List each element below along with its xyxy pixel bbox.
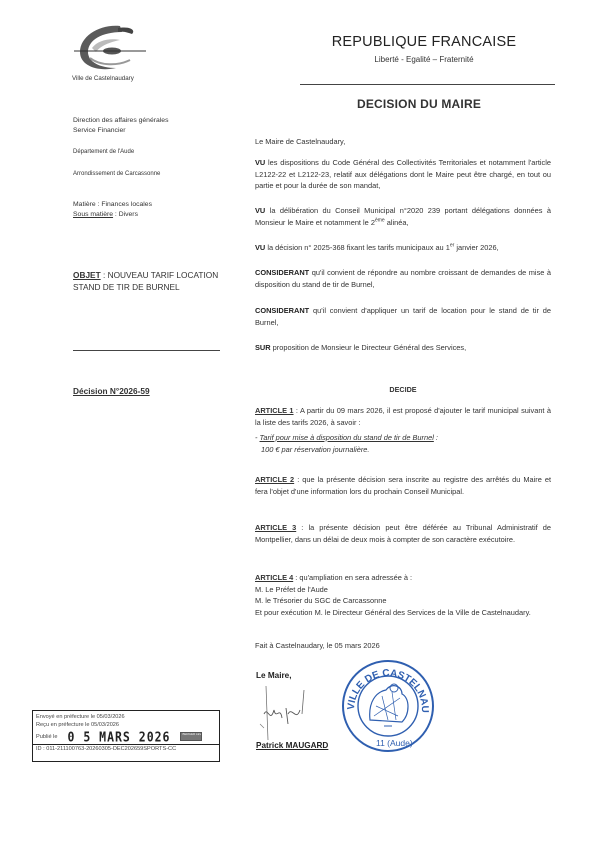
sous-matiere-line: Sous matière : Divers — [73, 210, 243, 220]
article-2-text: : que la présente décision sera inscrite… — [255, 475, 551, 496]
arrondissement-label: Arrondissement de Carcassonne — [73, 170, 160, 180]
vu3-label: VU — [255, 243, 265, 252]
considerant-paragraph-2: CONSIDERANT qu'il convient d'appliquer u… — [255, 305, 551, 328]
stamp-received-line: Reçu en préfecture le 05/03/2026 — [36, 721, 216, 729]
stamp-published-line: Publié le 0 5 MARS 2026 BERGER LEVRAULT — [36, 729, 216, 744]
sous-matiere-label: Sous matière — [73, 211, 113, 218]
tarif-title: Tarif pour mise à disposition du stand d… — [260, 433, 434, 442]
document-title: DECISION DU MAIRE — [314, 97, 524, 111]
official-seal-icon: VILLE DE CASTELNAUDARY 11 (Aude) — [340, 658, 436, 754]
vu-paragraph-3: VU la décision n° 2025-368 fixant les ta… — [255, 242, 551, 254]
recipient-item: M. Le Préfet de l'Aude — [255, 584, 551, 596]
direction-label: Direction des affaires générales — [73, 116, 243, 126]
signatory-name: Patrick MAUGARD — [256, 741, 328, 750]
article-3-label: ARTICLE 3 — [255, 523, 296, 532]
seal-bottom-text: 11 (Aude) — [376, 738, 413, 748]
cons1-label: CONSIDERANT — [255, 268, 309, 277]
recipient-item: Et pour exécution M. le Directeur Généra… — [255, 607, 551, 619]
article-1: ARTICLE 1 : A partir du 09 mars 2026, il… — [255, 405, 551, 428]
handwritten-signature — [258, 684, 318, 742]
signatory-title: Le Maire, — [256, 671, 292, 680]
svg-text:VILLE DE CASTELNAUDARY: VILLE DE CASTELNAUDARY — [340, 658, 430, 713]
castelnaudary-logo-icon — [70, 22, 150, 74]
matiere-line: Matière : Finances locales — [73, 200, 243, 210]
seal-top-text: VILLE DE CASTELNAUDARY — [340, 658, 430, 713]
subject-classification: Matière : Finances locales Sous matière … — [73, 200, 243, 219]
prefecture-stamp: Envoyé en préfecture le 05/03/2026 Reçu … — [32, 710, 220, 762]
sur-text: proposition de Monsieur le Directeur Gén… — [271, 343, 467, 352]
header-divider — [300, 84, 555, 85]
article-4: ARTICLE 4 : qu'ampliation en sera adress… — [255, 572, 551, 618]
objet-label: OBJET — [73, 270, 101, 280]
logo-caption: Ville de Castelnaudary — [72, 75, 134, 82]
service-label: Service Financier — [73, 126, 243, 136]
article-3-text: : la présente décision peut être déférée… — [255, 523, 551, 544]
vu1-text: les dispositions du Code Général des Col… — [255, 158, 551, 190]
stamp-published-label: Publié le — [36, 733, 57, 741]
vu-paragraph-1: VU les dispositions du Code Général des … — [255, 157, 551, 192]
left-divider — [73, 350, 220, 351]
matiere-label: Matière — [73, 201, 96, 208]
vu3-text-b: janvier 2026, — [454, 243, 498, 252]
article-1-text: : A partir du 09 mars 2026, il est propo… — [255, 406, 551, 427]
city-seal: VILLE DE CASTELNAUDARY 11 (Aude) — [340, 658, 436, 754]
article-4-label: ARTICLE 4 — [255, 573, 293, 582]
vu2-sup: ème — [375, 217, 385, 223]
departement-label: Département de l'Aude — [73, 148, 134, 158]
intro-line: Le Maire de Castelnaudary, — [255, 136, 551, 148]
stamp-badge: BERGER LEVRAULT — [180, 732, 202, 741]
vu2-text-b: alinéa, — [385, 218, 409, 227]
sur-proposition-paragraph: SUR proposition de Monsieur le Directeur… — [255, 342, 551, 354]
place-and-date: Fait à Castelnaudary, le 05 mars 2026 — [255, 640, 551, 652]
sous-matiere-value: : Divers — [113, 211, 138, 218]
sur-label: SUR — [255, 343, 271, 352]
article-4-text: : qu'ampliation en sera adressée à : — [293, 573, 412, 582]
stamp-published-date: 0 5 MARS 2026 — [67, 732, 170, 741]
signature-icon — [258, 684, 318, 742]
stamp-sent-line: Envoyé en préfecture le 05/03/2026 — [36, 713, 216, 721]
tarif-item: - Tarif pour mise à disposition du stand… — [255, 432, 551, 444]
republic-title: REPUBLIQUE FRANCAISE — [314, 34, 534, 50]
vu3-text-a: la décision n° 2025-368 fixant les tarif… — [265, 243, 450, 252]
decision-object: OBJET : NOUVEAU TARIF LOCATION STAND DE … — [73, 269, 223, 293]
vu-paragraph-2: VU la délibération du Conseil Municipal … — [255, 205, 551, 228]
tarif-colon: : — [434, 433, 438, 442]
article-2: ARTICLE 2 : que la présente décision ser… — [255, 474, 551, 497]
considerant-paragraph-1: CONSIDERANT qu'il convient de répondre a… — [255, 267, 551, 290]
decide-heading: DECIDE — [255, 385, 551, 394]
article-1-label: ARTICLE 1 — [255, 406, 294, 415]
issuing-department: Direction des affaires générales Service… — [73, 116, 243, 135]
matiere-value: : Finances locales — [96, 201, 152, 208]
vu1-label: VU — [255, 158, 265, 167]
cons2-label: CONSIDERANT — [255, 306, 309, 315]
article-2-label: ARTICLE 2 — [255, 475, 294, 484]
decision-number: Décision N°2026-59 — [73, 386, 150, 396]
article-3: ARTICLE 3 : la présente décision peut êt… — [255, 522, 551, 545]
city-logo — [70, 22, 150, 74]
republic-motto: Liberté - Egalité – Fraternité — [314, 55, 534, 64]
stamp-id-line: ID : 011-211100763-20260305-DEC202659SPO… — [36, 745, 216, 753]
vu2-label: VU — [255, 206, 265, 215]
recipient-item: M. le Trésorier du SGC de Carcassonne — [255, 595, 551, 607]
tarif-amount: 100 € par réservation journalière. — [261, 444, 557, 456]
